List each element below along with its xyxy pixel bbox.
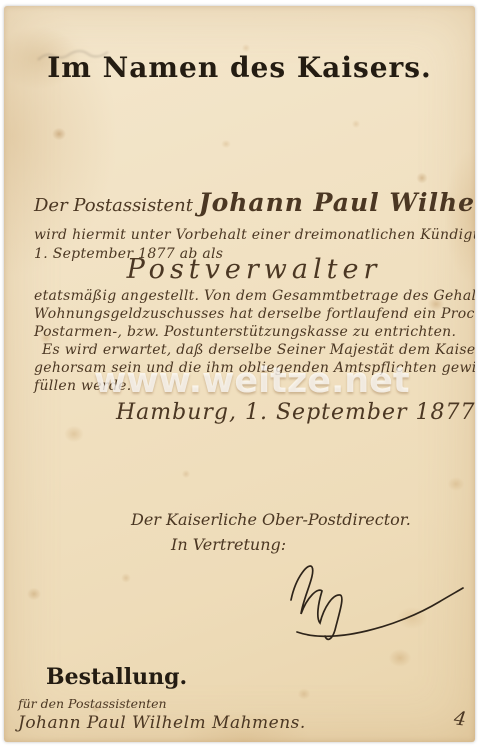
margin-annotation: 4 bbox=[453, 709, 468, 729]
footer-recipient-name: Johann Paul Wilhelm Mahmens. bbox=[18, 715, 306, 732]
date-line: Hamburg, 1. September 1877. bbox=[116, 402, 475, 424]
terms-line: Postarmen-, bzw. Postunterstützungskasse… bbox=[34, 325, 456, 339]
document-paper: Im Namen des Kaisers. Der Postassistent … bbox=[4, 6, 475, 742]
signature-stroke bbox=[239, 552, 467, 644]
appointed-rank: Postverwalter bbox=[114, 256, 394, 283]
document-heading: Im Namen des Kaisers. bbox=[4, 54, 475, 82]
terms-line: Wohnungsgeldzuschusses hat derselbe fort… bbox=[34, 307, 475, 321]
intro-line: Der Postassistent Johann Paul Wilhelm Ma… bbox=[34, 190, 475, 215]
signoff-role-line: Der Kaiserliche Ober-Postdirector. bbox=[131, 512, 411, 528]
photo-background: Im Namen des Kaisers. Der Postassistent … bbox=[0, 0, 478, 750]
terms-line: etatsmäßig angestellt. Von dem Gesammtbe… bbox=[34, 289, 475, 303]
footer-line: für den Postassistenten bbox=[18, 698, 167, 711]
footer-document-type: Bestallung. bbox=[46, 666, 187, 688]
watermark-text: www.weitze.net bbox=[94, 364, 410, 399]
clause-line: wird hiermit unter Vorbehalt einer dreim… bbox=[34, 228, 475, 242]
recipient-name: Johann Paul Wilhelm Mahmens bbox=[199, 188, 475, 217]
signoff-deputy-line: In Vertretung: bbox=[171, 537, 286, 553]
intro-prefix-text: Der Postassistent bbox=[34, 195, 199, 216]
terms-line: Es wird erwartet, daß derselbe Seiner Ma… bbox=[42, 343, 475, 357]
